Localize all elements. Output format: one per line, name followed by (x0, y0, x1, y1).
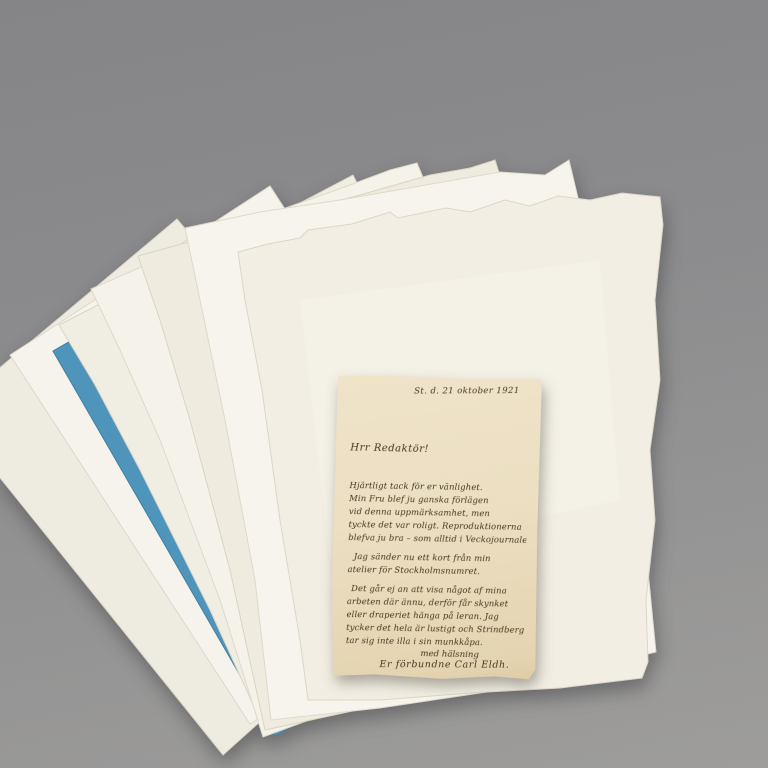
photo-backdrop: St. d. 21 oktober 1921 Hrr Redaktör! Hjä… (0, 0, 768, 768)
letter-salutation: Hrr Redaktör! (350, 442, 528, 457)
letter: St. d. 21 oktober 1921 Hrr Redaktör! Hjä… (329, 374, 542, 682)
letter-paper: St. d. 21 oktober 1921 Hrr Redaktör! Hjä… (329, 374, 542, 682)
letter-signature: Er förbundne Carl Eldh. (345, 659, 523, 671)
letter-paragraph-1: Hjärtligt tack för er vänlighet. Min Fru… (348, 478, 527, 547)
letter-line: tar sig inte illa i sin munkkåpa. (346, 634, 524, 650)
letter-line: atelier för Stockholmsnumret. (347, 563, 525, 579)
letter-paragraph-2: Jag sänder nu ett kort från min atelier … (347, 549, 526, 579)
letter-line: blefva ju bra – som alltid i Veckojourna… (348, 531, 526, 547)
letter-paragraph-3: Det går ej an att visa något af mina arb… (346, 581, 525, 650)
letter-date: St. d. 21 oktober 1921 (352, 386, 530, 397)
